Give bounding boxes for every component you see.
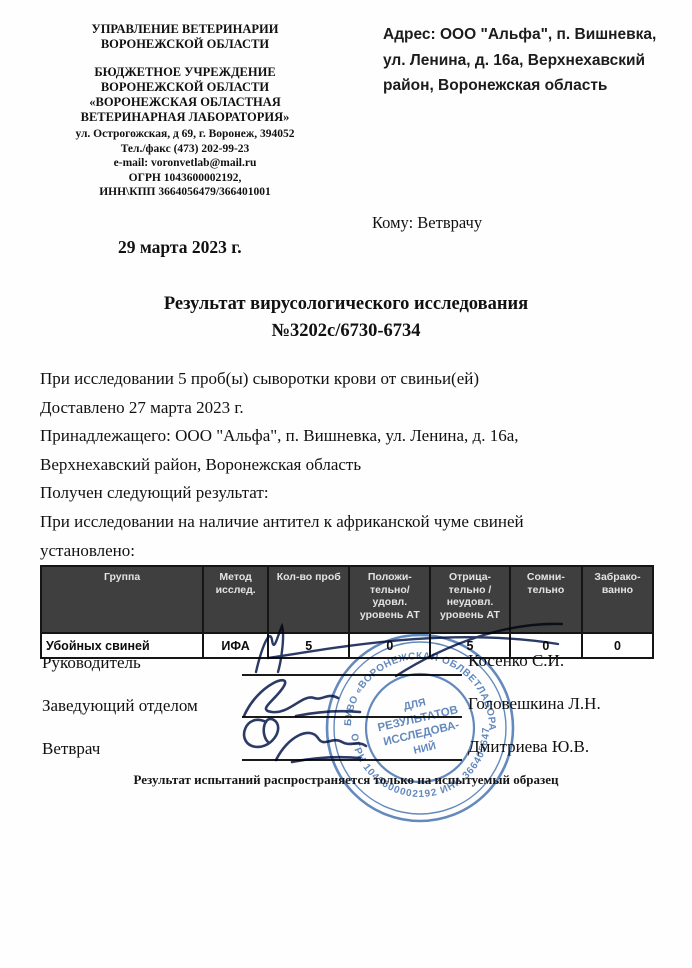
recipient-address: Адрес: ООО "Альфа", п. Вишневка, ул. Лен…	[383, 22, 673, 99]
stamp-center-line-4: НИЙ	[412, 739, 437, 757]
footer-disclaimer: Результат испытаний распространяется тол…	[36, 772, 656, 788]
body-result-intro-line: Получен следующий результат:	[40, 479, 664, 508]
letterhead-inn-kpp: ИНН\КПП 3664056479/366401001	[28, 185, 342, 200]
document-title: Результат вирусологического исследования…	[36, 291, 656, 345]
signature-role-director: Руководитель	[42, 653, 141, 673]
cell-rejected: 0	[582, 633, 653, 658]
document-page: УПРАВЛЕНИЕ ВЕТЕРИНАРИИ ВОРОНЕЖСКОЙ ОБЛАС…	[0, 0, 692, 968]
letterhead-ogrn: ОГРН 1043600002192,	[28, 171, 342, 186]
letterhead-street-address: ул. Острогожская, д 69, г. Воронеж, 3940…	[28, 127, 342, 142]
signature-role-veterinarian: Ветврач	[42, 739, 100, 759]
letterhead-organization-name: БЮДЖЕТНОЕ УЧРЕЖДЕНИЕ ВОРОНЕЖСКОЙ ОБЛАСТИ…	[28, 65, 342, 125]
body-owner-line: Принадлежащего: ООО "Альфа", п. Вишневка…	[40, 422, 664, 479]
recipient-to-line: Кому: Ветврачу	[372, 213, 482, 233]
letterhead-contacts: ул. Острогожская, д 69, г. Воронеж, 3940…	[28, 127, 342, 200]
letterhead-email: e-mail: voronvetlab@mail.ru	[28, 156, 342, 171]
body-samples-line: При исследовании 5 проб(ы) сыворотки кро…	[40, 365, 664, 394]
official-round-stamp: БУВО «ВОРОНЕЖСКАЯ ОБЛВЕТЛАБОРАТОРИЯ» ОГР…	[322, 630, 518, 826]
stamp-center-line-1: ДЛЯ	[402, 696, 427, 713]
signature-role-head-of-department: Заведующий отделом	[42, 696, 198, 716]
body-test-description-line: При исследовании на наличие антител к аф…	[40, 508, 664, 565]
document-date: 29 марта 2023 г.	[118, 237, 242, 258]
body-delivered-line: Доставлено 27 марта 2023 г.	[40, 394, 664, 423]
letterhead-phone: Тел./факс (473) 202-99-23	[28, 142, 342, 157]
letterhead-left: УПРАВЛЕНИЕ ВЕТЕРИНАРИИ ВОРОНЕЖСКОЙ ОБЛАС…	[28, 22, 342, 200]
document-body: При исследовании 5 проб(ы) сыворотки кро…	[40, 365, 664, 565]
letterhead-authority: УПРАВЛЕНИЕ ВЕТЕРИНАРИИ ВОРОНЕЖСКОЙ ОБЛАС…	[28, 22, 342, 52]
column-header-group: Группа	[41, 566, 203, 633]
column-header-rejected: Забрако- ванно	[582, 566, 653, 633]
